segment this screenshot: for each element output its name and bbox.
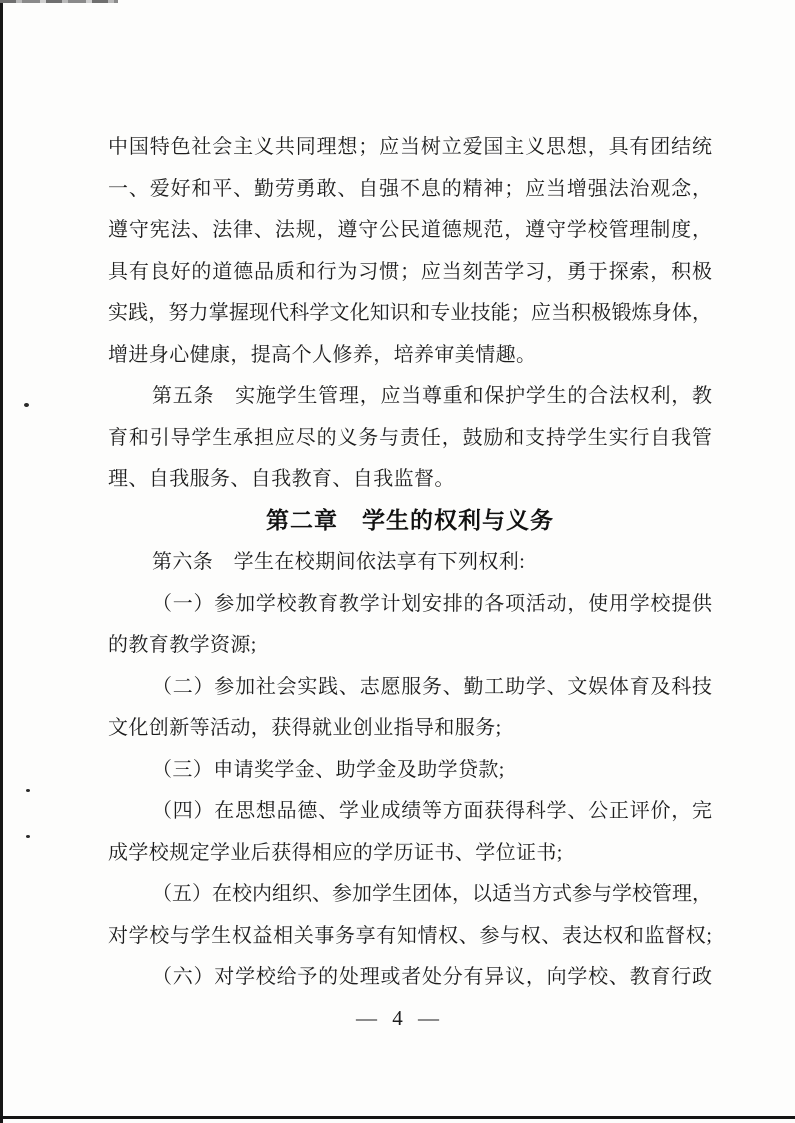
scan-speck	[24, 403, 29, 407]
list-item-5-line: 对学校与学生权益相关事务享有知情权、参与权、表达权和监督权;	[108, 916, 712, 958]
list-item-4-line: 成学校规定学业后获得相应的学历证书、学位证书;	[108, 833, 712, 875]
body-line: 一、爱好和平、勤劳勇敢、自强不息的精神；应当增强法治观念，	[108, 169, 712, 211]
scan-border-left	[0, 0, 3, 1123]
list-item-1-line: （一）参加学校教育教学计划安排的各项活动，使用学校提供	[108, 584, 712, 626]
scan-speck	[26, 789, 30, 792]
scanned-document-page: 中国特色社会主义共同理想；应当树立爱国主义思想，具有团结统 一、爱好和平、勤劳勇…	[0, 0, 795, 1123]
list-item-2-line: 文化创新等活动，获得就业创业指导和服务;	[108, 708, 712, 750]
scan-border-top-fragment	[0, 0, 118, 3]
body-line: 实践，努力掌握现代科学文化知识和专业技能；应当积极锻炼身体，	[108, 293, 712, 335]
scan-border-bottom	[0, 1116, 795, 1119]
body-line: 理、自我服务、自我教育、自我监督。	[108, 459, 712, 501]
document-body: 中国特色社会主义共同理想；应当树立爱国主义思想，具有团结统 一、爱好和平、勤劳勇…	[108, 127, 712, 999]
page-number: — 4 —	[0, 998, 795, 1040]
list-item-5-line: （五）在校内组织、参加学生团体，以适当方式参与学校管理，	[108, 874, 712, 916]
article-5-line: 第五条 实施学生管理，应当尊重和保护学生的合法权利，教	[108, 376, 712, 418]
body-line: 育和引导学生承担应尽的义务与责任，鼓励和支持学生实行自我管	[108, 418, 712, 460]
list-item-1-line: 的教育教学资源;	[108, 625, 712, 667]
list-item-4-line: （四）在思想品德、学业成绩等方面获得科学、公正评价，完	[108, 791, 712, 833]
body-line: 遵守宪法、法律、法规，遵守公民道德规范，遵守学校管理制度，	[108, 210, 712, 252]
list-item-2-line: （二）参加社会实践、志愿服务、勤工助学、文娱体育及科技	[108, 667, 712, 709]
list-item-3-line: （三）申请奖学金、助学金及助学贷款;	[108, 750, 712, 792]
chapter-heading: 第二章 学生的权利与义务	[108, 501, 712, 543]
article-6-line: 第六条 学生在校期间依法享有下列权利:	[108, 542, 712, 584]
scan-speck	[26, 835, 30, 838]
body-line: 中国特色社会主义共同理想；应当树立爱国主义思想，具有团结统	[108, 127, 712, 169]
body-line: 增进身心健康，提高个人修养，培养审美情趣。	[108, 335, 712, 377]
body-line: 具有良好的道德品质和行为习惯；应当刻苦学习，勇于探索，积极	[108, 252, 712, 294]
list-item-6-line: （六）对学校给予的处理或者处分有异议，向学校、教育行政	[108, 957, 712, 999]
